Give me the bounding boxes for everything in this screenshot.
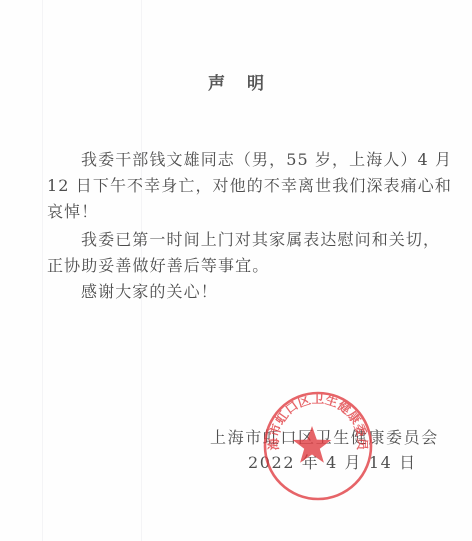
signature-organization: 上海市虹口区卫生健康委员会 xyxy=(210,428,439,448)
paragraph-line: 我委干部钱文雄同志（男，55 岁，上海人）4 月 xyxy=(81,150,452,170)
paragraph-line: 哀悼！ xyxy=(47,202,98,222)
signature-date: 2022 年 4 月 14 日 xyxy=(248,453,417,473)
document-page: 声明 我委干部钱文雄同志（男，55 岁，上海人）4 月 12 日下午不幸身亡，对… xyxy=(0,0,472,541)
paragraph-line: 12 日下午不幸身亡，对他的不幸离世我们深表痛心和 xyxy=(47,176,452,196)
paragraph-line: 我委已第一时间上门对其家属表达慰问和关切， xyxy=(81,230,440,250)
paragraph-line: 正协助妥善做好善后等事宜。 xyxy=(47,256,269,276)
document-title: 声明 xyxy=(0,69,472,94)
paragraph-line: 感谢大家的关心！ xyxy=(81,282,218,302)
